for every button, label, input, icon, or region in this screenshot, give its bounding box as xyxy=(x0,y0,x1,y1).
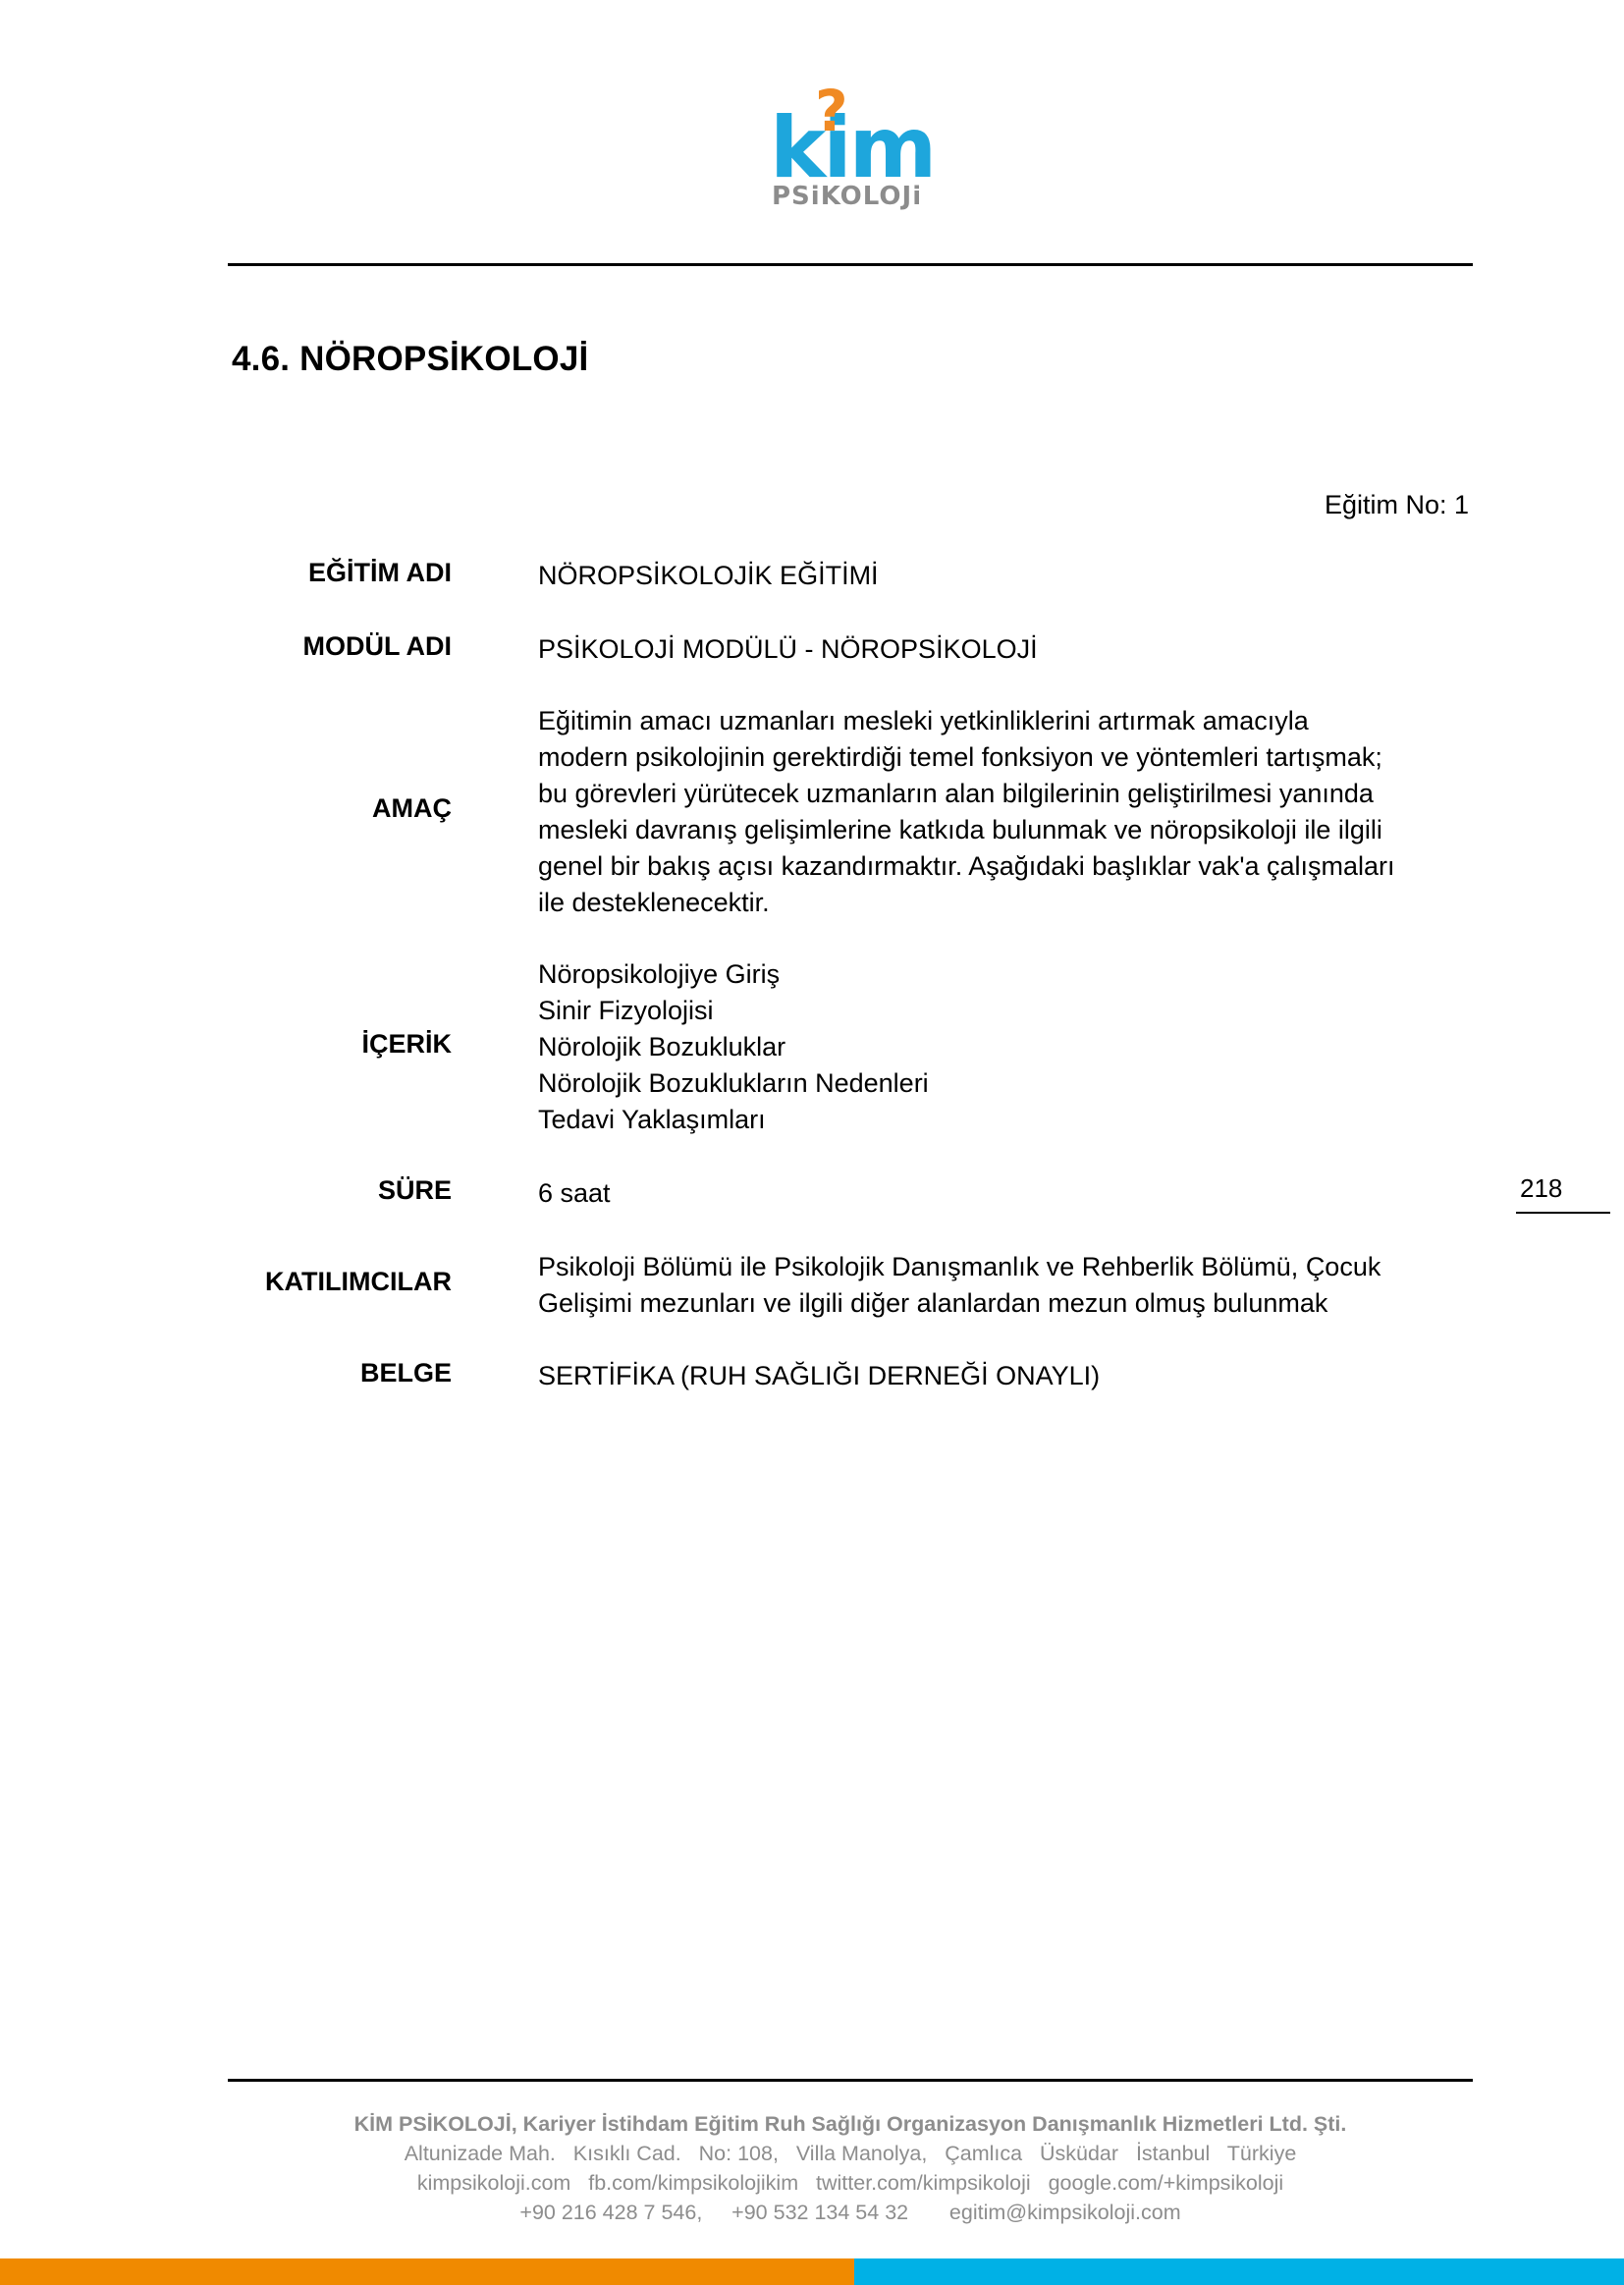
field-label: EĞİTİM ADI xyxy=(308,558,452,588)
field-label: SÜRE xyxy=(378,1175,452,1206)
list-item: Nörolojik Bozuklukların Nedenleri xyxy=(538,1065,1481,1102)
field-value: 6 saat xyxy=(538,1175,1481,1212)
footer-divider xyxy=(228,2079,1473,2082)
paragraph-line: mesleki davranış gelişimlerine katkıda b… xyxy=(538,812,1481,848)
field-value: PSİKOLOJİ MODÜLÜ - NÖROPSİKOLOJİ xyxy=(538,631,1481,668)
brand-bar-blue xyxy=(854,2258,1624,2285)
paragraph-line: modern psikolojinin gerektirdiği temel f… xyxy=(538,739,1481,776)
question-mark-icon: ? xyxy=(815,82,848,139)
paragraph-line: Eğitimin amacı uzmanları mesleki yetkinl… xyxy=(538,703,1481,739)
footer-address: Altunizade Mah. Kısıklı Cad. No: 108, Vi… xyxy=(228,2139,1473,2168)
list-item: Nörolojik Bozukluklar xyxy=(538,1029,1481,1065)
page-number: 218 xyxy=(1520,1173,1562,1204)
field-value: SERTİFİKA (RUH SAĞLIĞI DERNEĞİ ONAYLI) xyxy=(538,1358,1481,1394)
field-value: NÖROPSİKOLOJİK EĞİTİMİ xyxy=(538,558,1481,594)
paragraph-line: ile desteklenecektir. xyxy=(538,885,1481,921)
field-label: MODÜL ADI xyxy=(303,631,453,662)
footer-contact: +90 216 428 7 546, +90 532 134 54 32 egi… xyxy=(228,2198,1473,2227)
field-label: İÇERİK xyxy=(361,1029,452,1060)
field-value-paragraph: Psikoloji Bölümü ile Psikolojik Danışman… xyxy=(538,1249,1481,1322)
list-item: Tedavi Yaklaşımları xyxy=(538,1102,1481,1138)
header-divider xyxy=(228,263,1473,266)
logo-wordmark: kim xyxy=(770,106,934,190)
course-number: Eğitim No: 1 xyxy=(1325,490,1469,520)
section-title: 4.6. NÖROPSİKOLOJİ xyxy=(232,340,588,379)
brand-bar-orange xyxy=(0,2258,854,2285)
footer-company: KİM PSİKOLOJİ, Kariyer İstihdam Eğitim R… xyxy=(228,2109,1473,2139)
company-logo: kim ? PSiKOLOJi xyxy=(766,88,962,216)
footer-company-name: KİM PSİKOLOJİ xyxy=(354,2112,512,2136)
paragraph-line: Psikoloji Bölümü ile Psikolojik Danışman… xyxy=(538,1249,1481,1285)
field-label: BELGE xyxy=(360,1358,452,1388)
paragraph-line: bu görevleri yürütecek uzmanların alan b… xyxy=(538,776,1481,812)
paragraph-line: Gelişimi mezunları ve ilgili diğer alanl… xyxy=(538,1285,1481,1322)
list-item: Sinir Fizyolojisi xyxy=(538,993,1481,1029)
field-value-paragraph: Eğitimin amacı uzmanları mesleki yetkinl… xyxy=(538,703,1481,921)
content-list: Nöropsikolojiye Giriş Sinir Fizyolojisi … xyxy=(538,956,1481,1138)
logo-subtitle: PSiKOLOJi xyxy=(772,184,922,209)
paragraph-line: genel bir bakış açısı kazandırmaktır. Aş… xyxy=(538,848,1481,885)
field-label: AMAÇ xyxy=(372,793,452,824)
footer-links: kimpsikoloji.com fb.com/kimpsikolojikim … xyxy=(228,2168,1473,2198)
footer: KİM PSİKOLOJİ, Kariyer İstihdam Eğitim R… xyxy=(228,2109,1473,2227)
footer-company-legal: , Kariyer İstihdam Eğitim Ruh Sağlığı Or… xyxy=(512,2112,1347,2136)
field-label: KATILIMCILAR xyxy=(265,1267,452,1297)
list-item: Nöropsikolojiye Giriş xyxy=(538,956,1481,993)
page-number-underline xyxy=(1516,1212,1610,1214)
